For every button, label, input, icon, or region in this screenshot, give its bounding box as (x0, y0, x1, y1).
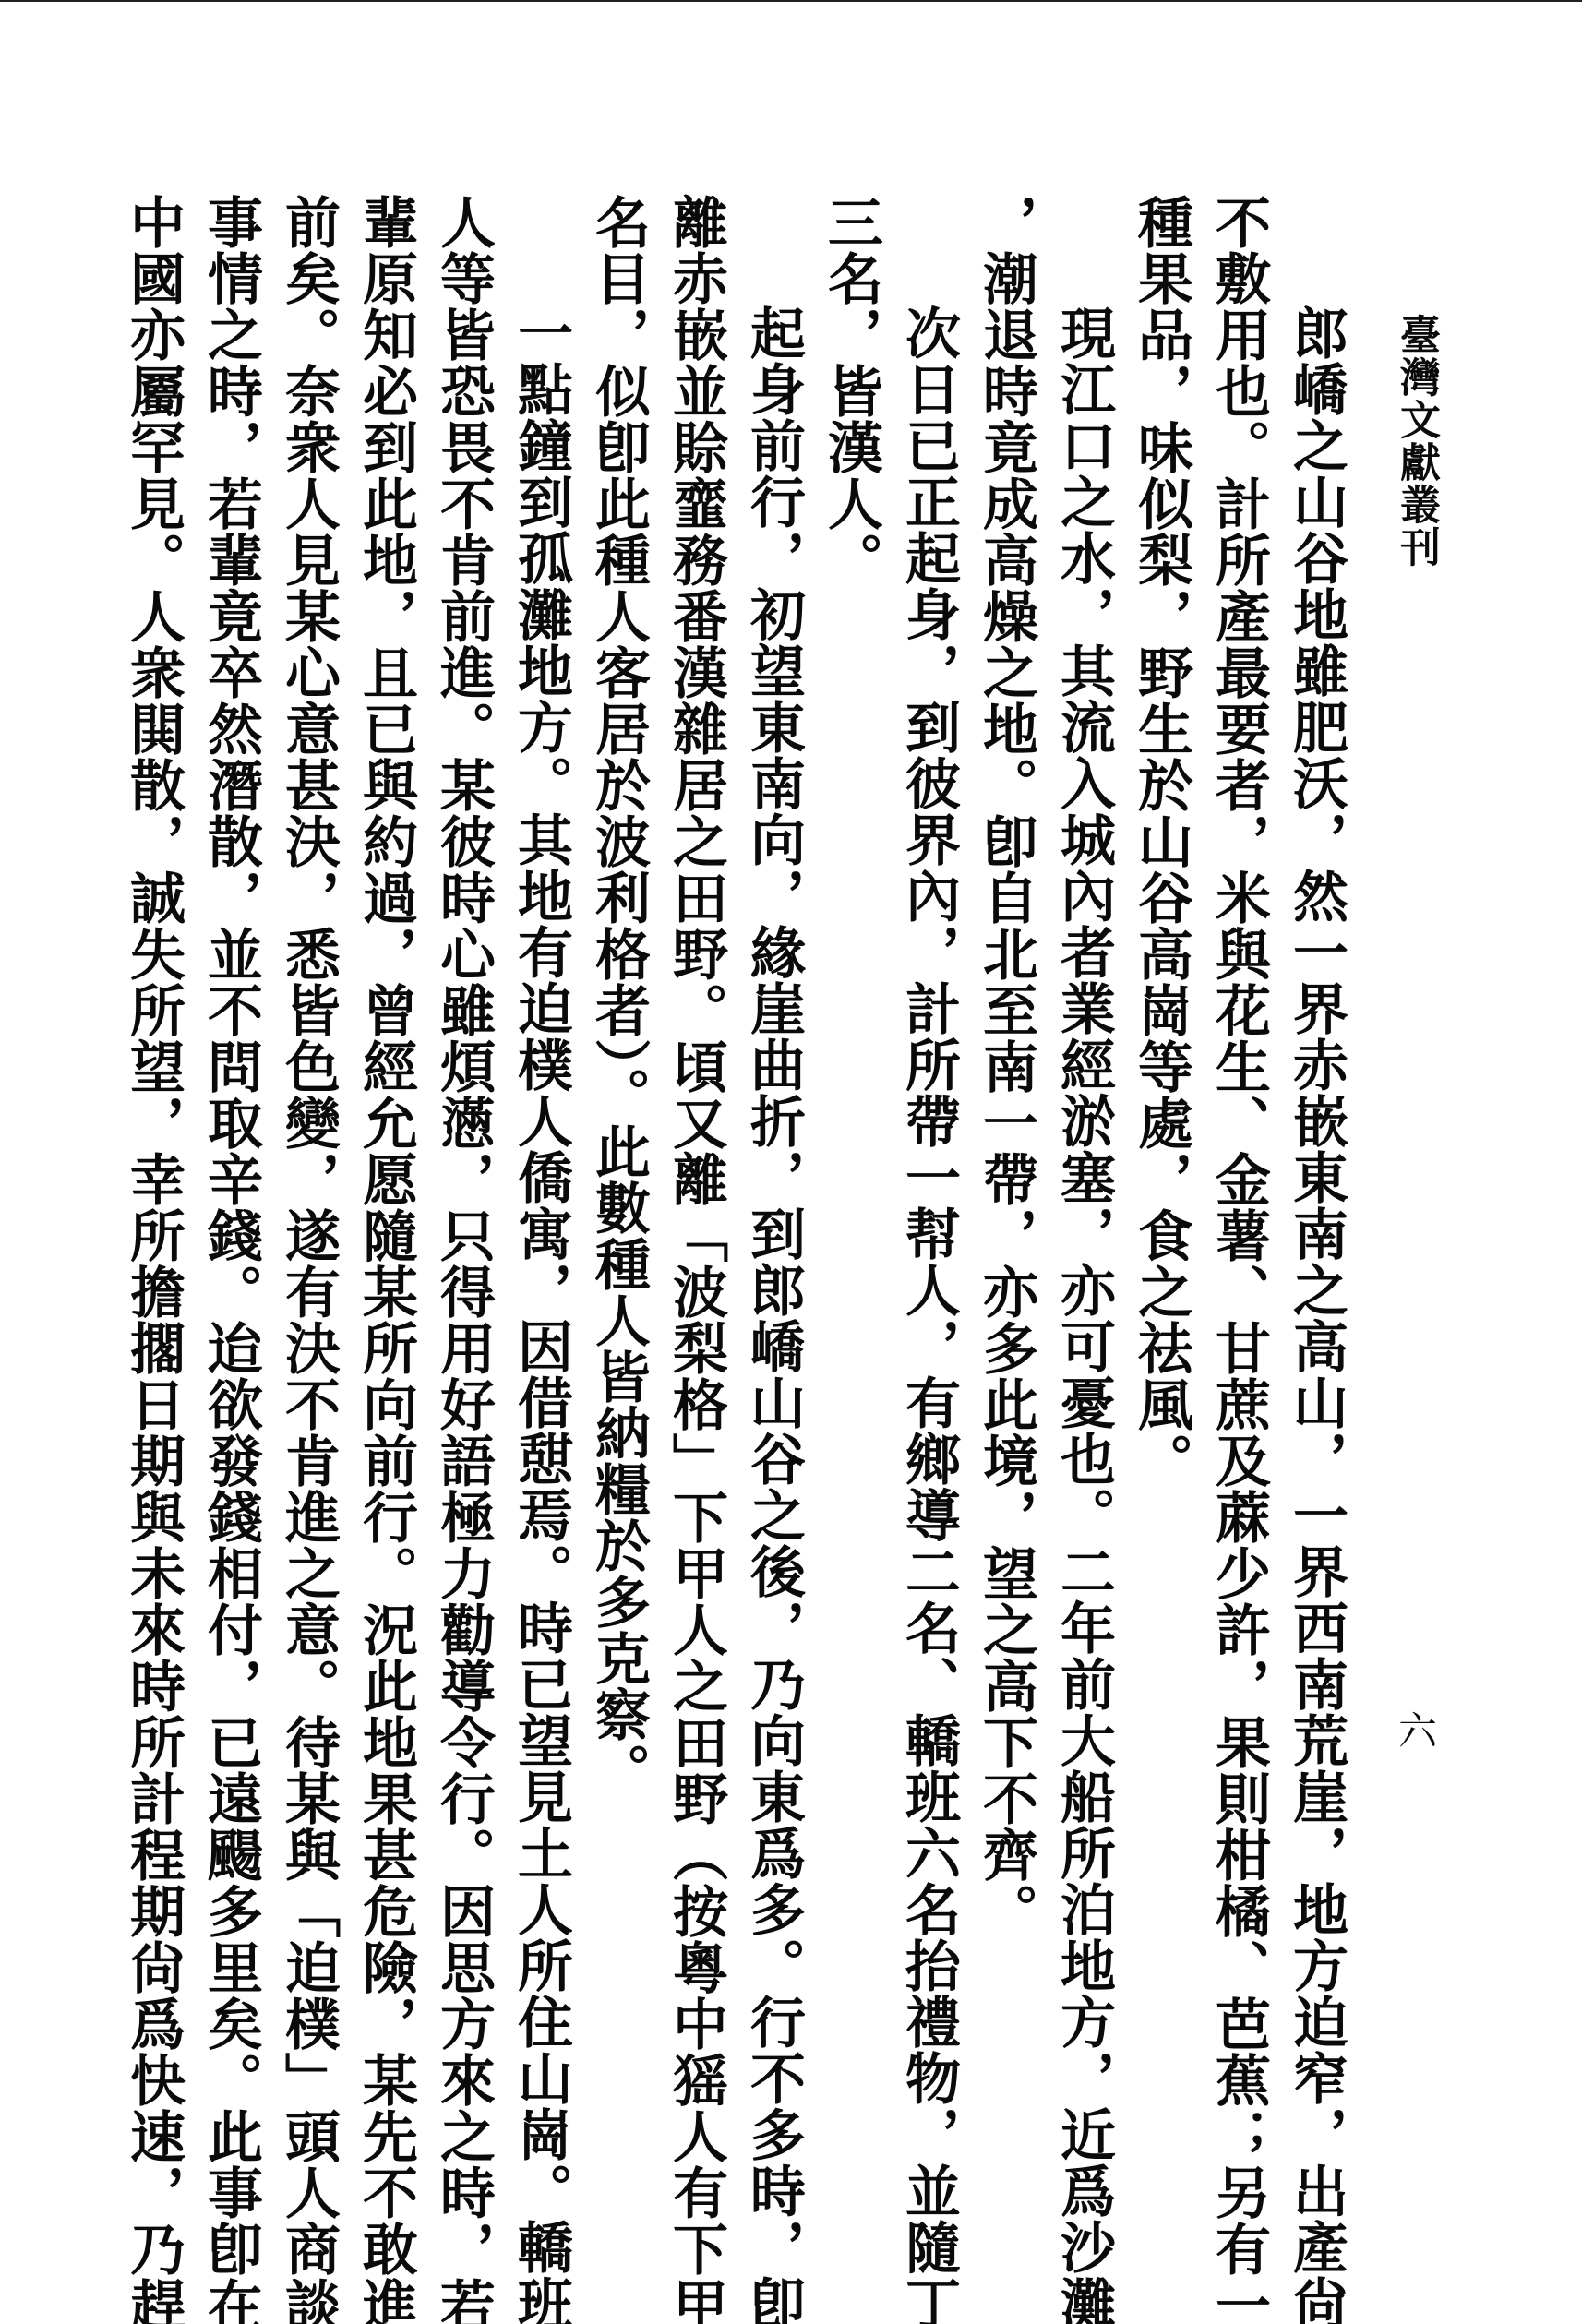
text-column: 事情之時，若輩竟卒然潛散，並不問取辛錢。迨欲發錢相付，已遠颺多里矣。此事卽在 (192, 194, 270, 2160)
text-column: 種果品，味似梨，野生於山谷高崗等處，食之祛風。 (1122, 194, 1200, 2160)
text-column: 三名，皆漢人。 (812, 194, 890, 2160)
page-number: 六 (1398, 1712, 1437, 1751)
text-column: 離赤嵌並賒韲務番漢雜居之田野。頃又離「波梨格」下甲人之田野（按粵中猺人有下甲 (657, 194, 735, 2160)
text-column: 次日已正起身，到彼界內，計所帶一幇人，有鄉導二名、轎班六名抬禮物，並隨丁 (890, 194, 967, 2160)
text-column: ，潮退時竟成高燥之地。卽自北至南一帶，亦多此境，望之高下不齊。 (967, 194, 1045, 2160)
text-column: 前矣。奈衆人見某心意甚決，悉皆色變，遂有決不肯進之意。待某與「迫樸」頭人商談 (270, 194, 347, 2160)
text-column: 名目，似卽此種人客居於波利格者）。此數種人皆納糧於多克察。 (580, 194, 657, 2160)
text-column: 起身前行，初望東南向，緣崖曲折，到郎嶠山谷之後，乃向東爲多。行不多時，卽 (735, 194, 812, 2160)
running-header-title: 臺灣文獻叢刊 (1396, 314, 1436, 569)
text-column: 不敷用也。計所產最要者，米與花生、金薯、甘蔗及蔴少許，果則柑橘、芭蕉；另有一 (1200, 194, 1277, 2160)
top-border-rule (0, 0, 1582, 2)
vertical-body-text: 郎嶠之山谷地雖肥沃，然一界赤嵌東南之高山，一界西南荒崖，地方迫窄，出產尙 不敷用… (114, 194, 1355, 2160)
text-column: 輩原知必到此地，且已與約過，曾經允愿隨某所向前行。況此地果甚危險，某先不敢進 (347, 194, 425, 2160)
text-column: 郎嶠之山谷地雖肥沃，然一界赤嵌東南之高山，一界西南荒崖，地方迫窄，出產尙 (1277, 194, 1355, 2160)
text-column: 現江口之水，其流入城內者業經淤塞，亦可憂也。二年前大船所泊地方，近爲沙灘 (1045, 194, 1122, 2160)
text-column: 人等皆恐畏不肯前進。某彼時心雖煩懣，只得用好語極力勸導令行。因思方來之時，若 (425, 194, 502, 2160)
text-column: 中國亦屬罕見。人衆閧散，誠失所望，幸所擔擱日期與未來時所計程期尙爲快速，乃趕 (114, 194, 192, 2160)
text-column: 一點鐘到孤灘地方。其地有迫樸人僑寓，因借憇焉。時已望見土人所住山崗。轎班 (502, 194, 580, 2160)
